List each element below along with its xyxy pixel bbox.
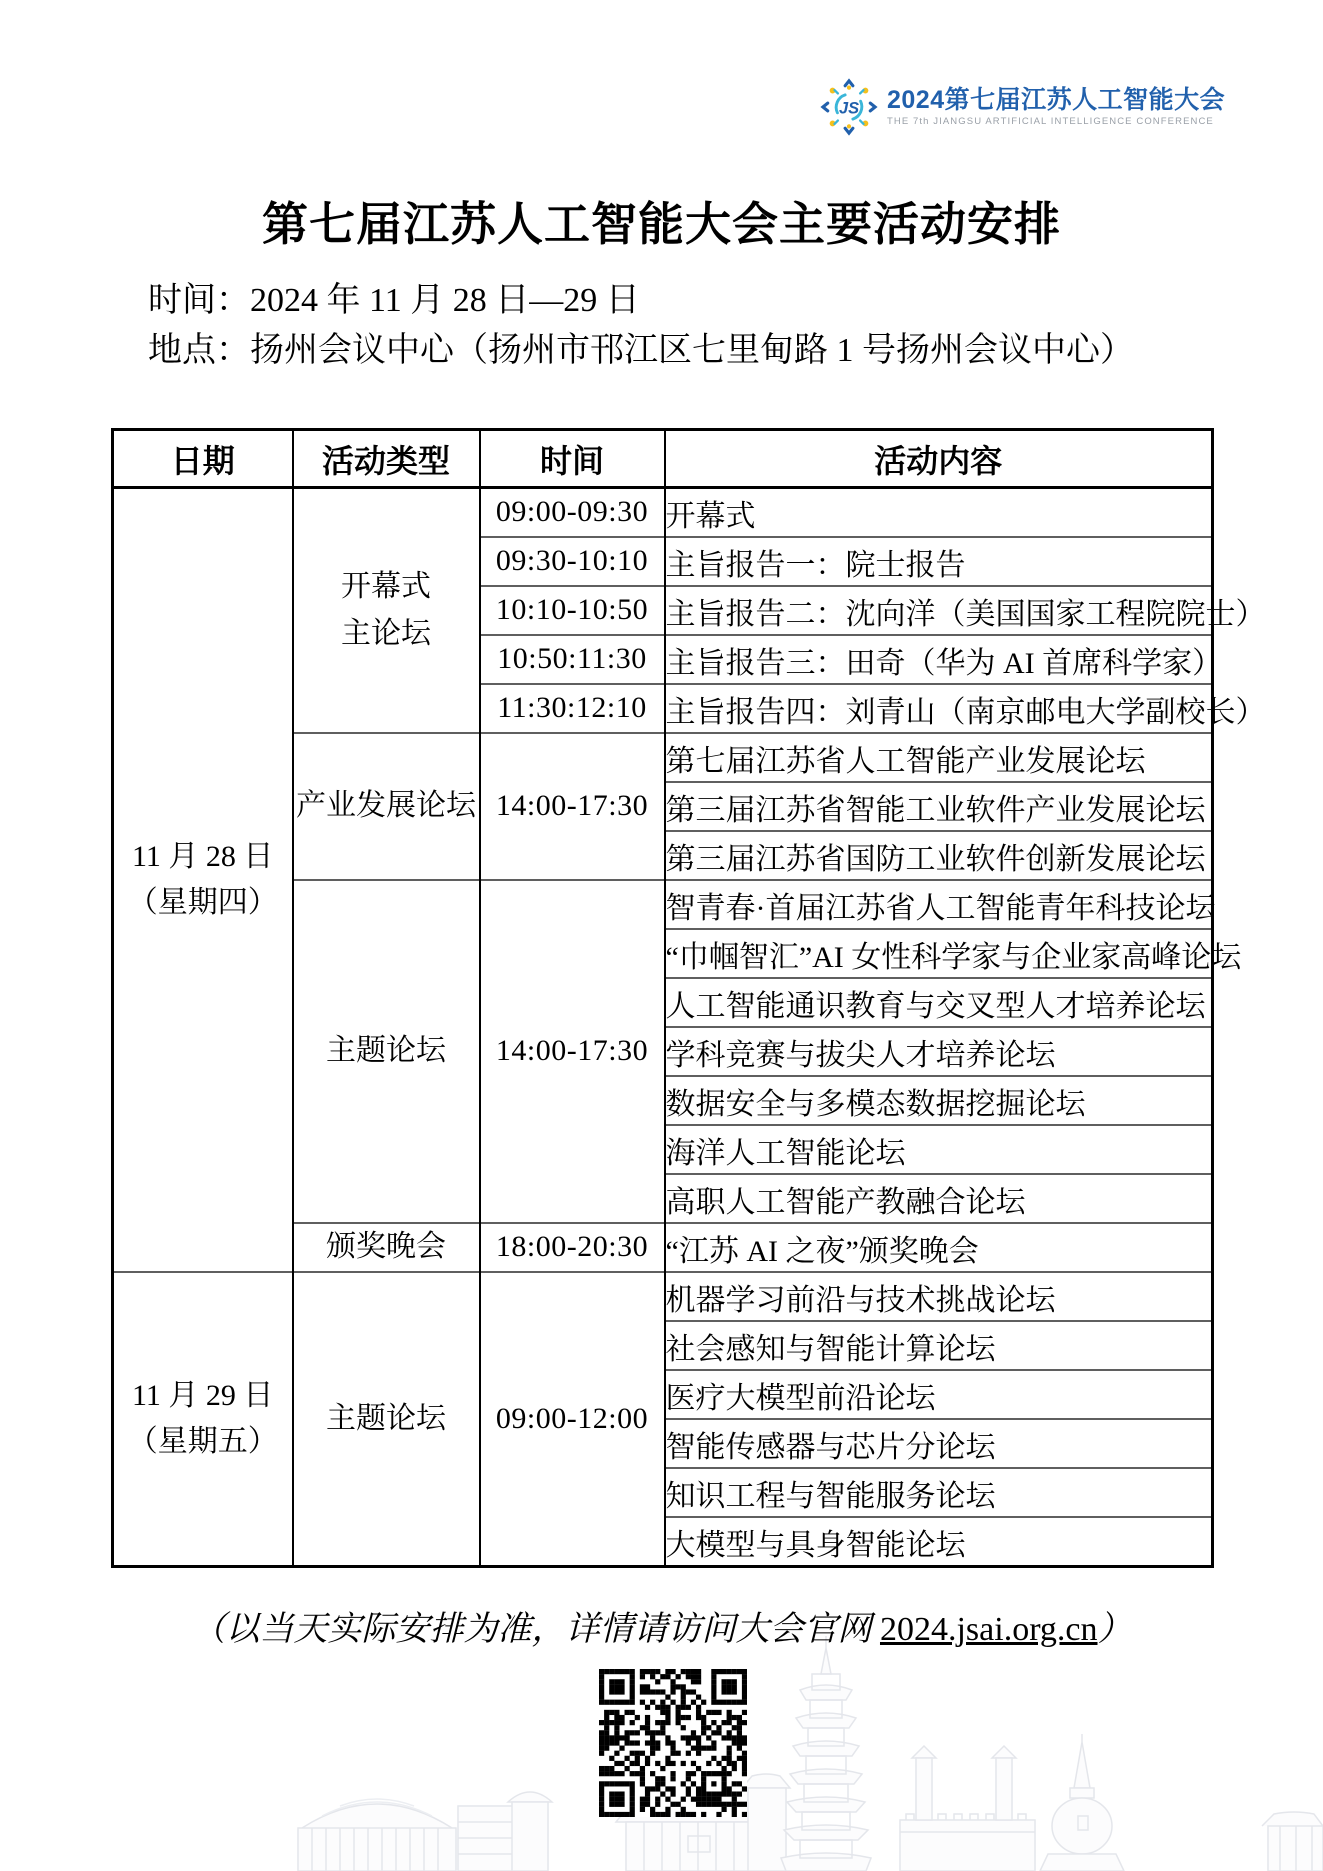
activity-content-cell: “巾帼智汇”AI 女性科学家与企业家高峰论坛 bbox=[665, 929, 1213, 978]
activity-content-cell: 知识工程与智能服务论坛 bbox=[665, 1468, 1213, 1517]
time-cell: 09:00-09:30 bbox=[480, 488, 665, 538]
activity-content-cell: 第七届江苏省人工智能产业发展论坛 bbox=[665, 733, 1213, 782]
schedule-header-cell: 时间 bbox=[480, 430, 665, 488]
activity-content-cell: 主旨报告四：刘青山（南京邮电大学副校长） bbox=[665, 684, 1213, 733]
schedule-table-wrap: 日期活动类型时间活动内容 11 月 28 日 （星期四）开幕式 主论坛09:00… bbox=[111, 428, 1214, 1568]
activity-type-cell: 开幕式 主论坛 bbox=[293, 488, 480, 734]
activity-content-cell: 主旨报告三：田奇（华为 AI 首席科学家） bbox=[665, 635, 1213, 684]
time-cell: 14:00-17:30 bbox=[480, 880, 665, 1223]
schedule-row: 11 月 29 日 （星期五）主题论坛09:00-12:00机器学习前沿与技术挑… bbox=[113, 1272, 1213, 1321]
event-time-line: 时间：2024 年 11 月 28 日—29 日 bbox=[148, 272, 640, 321]
conference-logo: JS 2024第七届江苏人工智能大会 THE 7th JIANGSU ARTIF… bbox=[820, 78, 1225, 136]
activity-content-cell: 第三届江苏省国防工业软件创新发展论坛 bbox=[665, 831, 1213, 880]
official-site-link[interactable]: 2024.jsai.org.cn bbox=[880, 1611, 1098, 1648]
activity-content-cell: “江苏 AI 之夜”颁奖晚会 bbox=[665, 1223, 1213, 1272]
time-cell: 10:10-10:50 bbox=[480, 586, 665, 635]
activity-content-cell: 大模型与具身智能论坛 bbox=[665, 1517, 1213, 1567]
activity-content-cell: 社会感知与智能计算论坛 bbox=[665, 1321, 1213, 1370]
time-cell: 09:00-12:00 bbox=[480, 1272, 665, 1567]
time-cell: 10:50:11:30 bbox=[480, 635, 665, 684]
activity-content-cell: 主旨报告二：沈向洋（美国国家工程院院士） bbox=[665, 586, 1213, 635]
page: { "logo": { "title": "2024第七届江苏人工智能大会", … bbox=[0, 0, 1323, 1871]
schedule-body: 11 月 28 日 （星期四）开幕式 主论坛09:00-09:30开幕式09:3… bbox=[113, 488, 1213, 1567]
activity-content-cell: 第三届江苏省智能工业软件产业发展论坛 bbox=[665, 782, 1213, 831]
activity-content-cell: 海洋人工智能论坛 bbox=[665, 1125, 1213, 1174]
activity-content-cell: 智青春·首届江苏省人工智能青年科技论坛 bbox=[665, 880, 1213, 929]
activity-content-cell: 人工智能通识教育与交叉型人才培养论坛 bbox=[665, 978, 1213, 1027]
schedule-header-cell: 日期 bbox=[113, 430, 293, 488]
schedule-table: 日期活动类型时间活动内容 11 月 28 日 （星期四）开幕式 主论坛09:00… bbox=[111, 428, 1214, 1568]
activity-content-cell: 开幕式 bbox=[665, 488, 1213, 538]
activity-content-cell: 医疗大模型前沿论坛 bbox=[665, 1370, 1213, 1419]
activity-content-cell: 高职人工智能产教融合论坛 bbox=[665, 1174, 1213, 1223]
schedule-row: 11 月 28 日 （星期四）开幕式 主论坛09:00-09:30开幕式 bbox=[113, 488, 1213, 538]
footer-note: （以当天实际安排为准，详情请访问大会官网 2024.jsai.org.cn） bbox=[0, 1601, 1323, 1650]
date-cell: 11 月 29 日 （星期五） bbox=[113, 1272, 293, 1567]
time-cell: 11:30:12:10 bbox=[480, 684, 665, 733]
time-cell: 14:00-17:30 bbox=[480, 733, 665, 880]
logo-subtitle: THE 7th JIANGSU ARTIFICIAL INTELLIGENCE … bbox=[887, 117, 1225, 127]
activity-content-cell: 智能传感器与芯片分论坛 bbox=[665, 1419, 1213, 1468]
footer-note-suffix: ） bbox=[1098, 1611, 1132, 1648]
time-cell: 18:00-20:30 bbox=[480, 1223, 665, 1272]
event-location-line: 地点：扬州会议中心（扬州市邗江区七里甸路 1 号扬州会议中心） bbox=[148, 322, 1134, 371]
activity-content-cell: 数据安全与多模态数据挖掘论坛 bbox=[665, 1076, 1213, 1125]
schedule-header-cell: 活动类型 bbox=[293, 430, 480, 488]
logo-title: 2024第七届江苏人工智能大会 bbox=[887, 87, 1225, 113]
activity-type-cell: 主题论坛 bbox=[293, 880, 480, 1223]
schedule-header-row: 日期活动类型时间活动内容 bbox=[113, 430, 1213, 488]
date-cell: 11 月 28 日 （星期四） bbox=[113, 488, 293, 1273]
activity-type-cell: 颁奖晚会 bbox=[293, 1223, 480, 1272]
logo-snowflake-icon: JS bbox=[820, 78, 878, 136]
logo-js-letters: JS bbox=[839, 99, 859, 117]
activity-content-cell: 学科竞赛与拔尖人才培养论坛 bbox=[665, 1027, 1213, 1076]
schedule-header-cell: 活动内容 bbox=[665, 430, 1213, 488]
activity-content-cell: 主旨报告一：院士报告 bbox=[665, 537, 1213, 586]
activity-type-cell: 产业发展论坛 bbox=[293, 733, 480, 880]
footer-note-prefix: （以当天实际安排为准，详情请访问大会官网 bbox=[191, 1611, 880, 1648]
time-cell: 09:30-10:10 bbox=[480, 537, 665, 586]
page-title: 第七届江苏人工智能大会主要活动安排 bbox=[0, 188, 1323, 254]
conference-qr-code bbox=[599, 1669, 747, 1817]
activity-content-cell: 机器学习前沿与技术挑战论坛 bbox=[665, 1272, 1213, 1321]
activity-type-cell: 主题论坛 bbox=[293, 1272, 480, 1567]
